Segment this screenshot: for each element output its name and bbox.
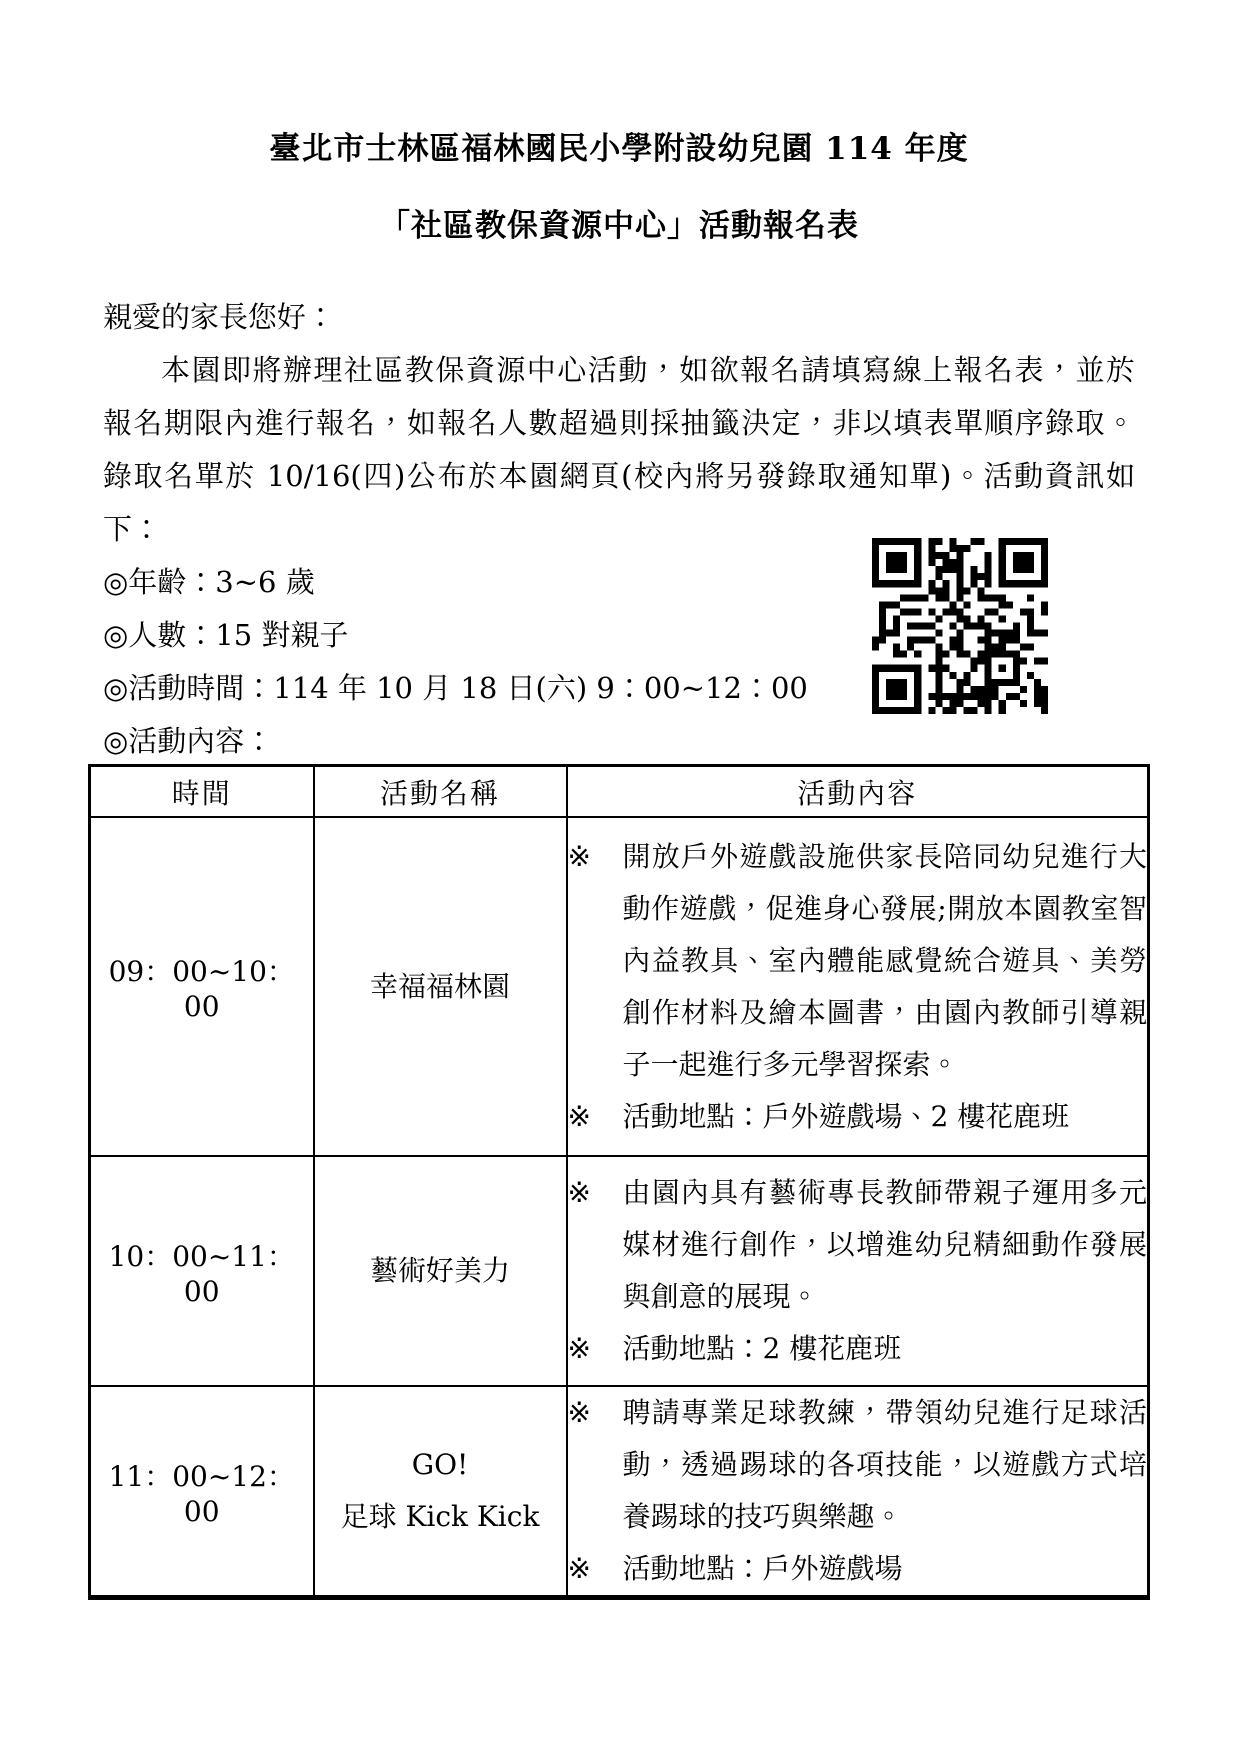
header-activity-content: 活動內容 bbox=[567, 766, 1149, 818]
reference-mark: ※ bbox=[568, 1167, 623, 1323]
reference-mark: ※ bbox=[568, 1091, 623, 1143]
time-cell: 10：00~11：00 bbox=[90, 1156, 314, 1386]
table-row: 09：00~10：00 幸福福林園 ※ 開放戶外遊戲設施供家長陪同幼兒進行大動作… bbox=[90, 817, 1149, 1156]
activity-name: 幸福福林園 bbox=[315, 961, 566, 1013]
content-item: ※ 聘請專業足球教練，帶領幼兒進行足球活動，透過踢球的各項技能，以遊戲方式培養踢… bbox=[568, 1387, 1148, 1543]
activity-schedule-table: 時間 活動名稱 活動內容 09：00~10：00 幸福福林園 ※ 開放戶外遊戲設… bbox=[88, 764, 1150, 1600]
time-cell: 09：00~10：00 bbox=[90, 817, 314, 1156]
activity-name-cell: 藝術好美力 bbox=[314, 1156, 567, 1386]
table-row: 10：00~11：00 藝術好美力 ※ 由園內具有藝術專長教師帶親子運用多元媒材… bbox=[90, 1156, 1149, 1386]
reference-mark: ※ bbox=[568, 1543, 623, 1595]
activity-name-line: GO! bbox=[315, 1439, 566, 1491]
content-text: 活動地點：戶外遊戲場、2 樓花鹿班 bbox=[623, 1091, 1148, 1143]
time-cell: 11：00~12：00 bbox=[90, 1386, 314, 1598]
activity-content-cell: ※ 由園內具有藝術專長教師帶親子運用多元媒材進行創作，以增進幼兒精細動作發展與創… bbox=[567, 1156, 1149, 1386]
table-row: 11：00~12：00 GO! 足球 Kick Kick ※ 聘請專業足球教練，… bbox=[90, 1386, 1149, 1598]
content-item: ※ 活動地點：戶外遊戲場、2 樓花鹿班 bbox=[568, 1091, 1148, 1143]
activity-name: 藝術好美力 bbox=[315, 1245, 566, 1297]
qr-code-icon bbox=[872, 538, 1048, 714]
content-text: 聘請專業足球教練，帶領幼兒進行足球活動，透過踢球的各項技能，以遊戲方式培養踢球的… bbox=[623, 1387, 1148, 1543]
table-header-row: 時間 活動名稱 活動內容 bbox=[90, 766, 1149, 818]
content-text: 活動地點：戶外遊戲場 bbox=[623, 1543, 1148, 1595]
activity-name-cell: 幸福福林園 bbox=[314, 817, 567, 1156]
reference-mark: ※ bbox=[568, 1387, 623, 1543]
intro-line: 錄取名單於 10/16(四)公布於本園網頁(校內將另發錄取通知單)。活動資訊如 bbox=[103, 450, 1135, 503]
content-item: ※ 活動地點：戶外遊戲場 bbox=[568, 1543, 1148, 1595]
intro-line: 報名期限內進行報名，如報名人數超過則採抽籤決定，非以填表單順序錄取。 bbox=[103, 397, 1135, 450]
info-content-label: ◎活動內容： bbox=[103, 715, 1135, 768]
content-text: 由園內具有藝術專長教師帶親子運用多元媒材進行創作，以增進幼兒精細動作發展與創意的… bbox=[623, 1167, 1148, 1323]
content-item: ※ 活動地點：2 樓花鹿班 bbox=[568, 1323, 1148, 1375]
activity-name-cell: GO! 足球 Kick Kick bbox=[314, 1386, 567, 1598]
content-text: 開放戶外遊戲設施供家長陪同幼兒進行大動作遊戲，促進身心發展;開放本園教室智內益教… bbox=[623, 831, 1148, 1091]
activity-name-line: 足球 Kick Kick bbox=[315, 1491, 566, 1543]
content-item: ※ 開放戶外遊戲設施供家長陪同幼兒進行大動作遊戲，促進身心發展;開放本園教室智內… bbox=[568, 831, 1148, 1091]
document-title-line2: 「社區教保資源中心」活動報名表 bbox=[103, 203, 1135, 249]
reference-mark: ※ bbox=[568, 1323, 623, 1375]
header-time: 時間 bbox=[90, 766, 314, 818]
content-item: ※ 由園內具有藝術專長教師帶親子運用多元媒材進行創作，以增進幼兒精細動作發展與創… bbox=[568, 1167, 1148, 1323]
content-text: 活動地點：2 樓花鹿班 bbox=[623, 1323, 1148, 1375]
reference-mark: ※ bbox=[568, 831, 623, 1091]
activity-content-cell: ※ 開放戶外遊戲設施供家長陪同幼兒進行大動作遊戲，促進身心發展;開放本園教室智內… bbox=[567, 817, 1149, 1156]
intro-line: 本園即將辦理社區教保資源中心活動，如欲報名請填寫線上報名表，並於 bbox=[103, 344, 1135, 397]
activity-content-cell: ※ 聘請專業足球教練，帶領幼兒進行足球活動，透過踢球的各項技能，以遊戲方式培養踢… bbox=[567, 1386, 1149, 1598]
document-title-line1: 臺北市士林區福林國民小學附設幼兒園 114 年度 bbox=[103, 126, 1135, 172]
document-page: 臺北市士林區福林國民小學附設幼兒園 114 年度 「社區教保資源中心」活動報名表… bbox=[0, 0, 1241, 1755]
greeting: 親愛的家長您好： bbox=[103, 291, 1135, 344]
header-activity-name: 活動名稱 bbox=[314, 766, 567, 818]
